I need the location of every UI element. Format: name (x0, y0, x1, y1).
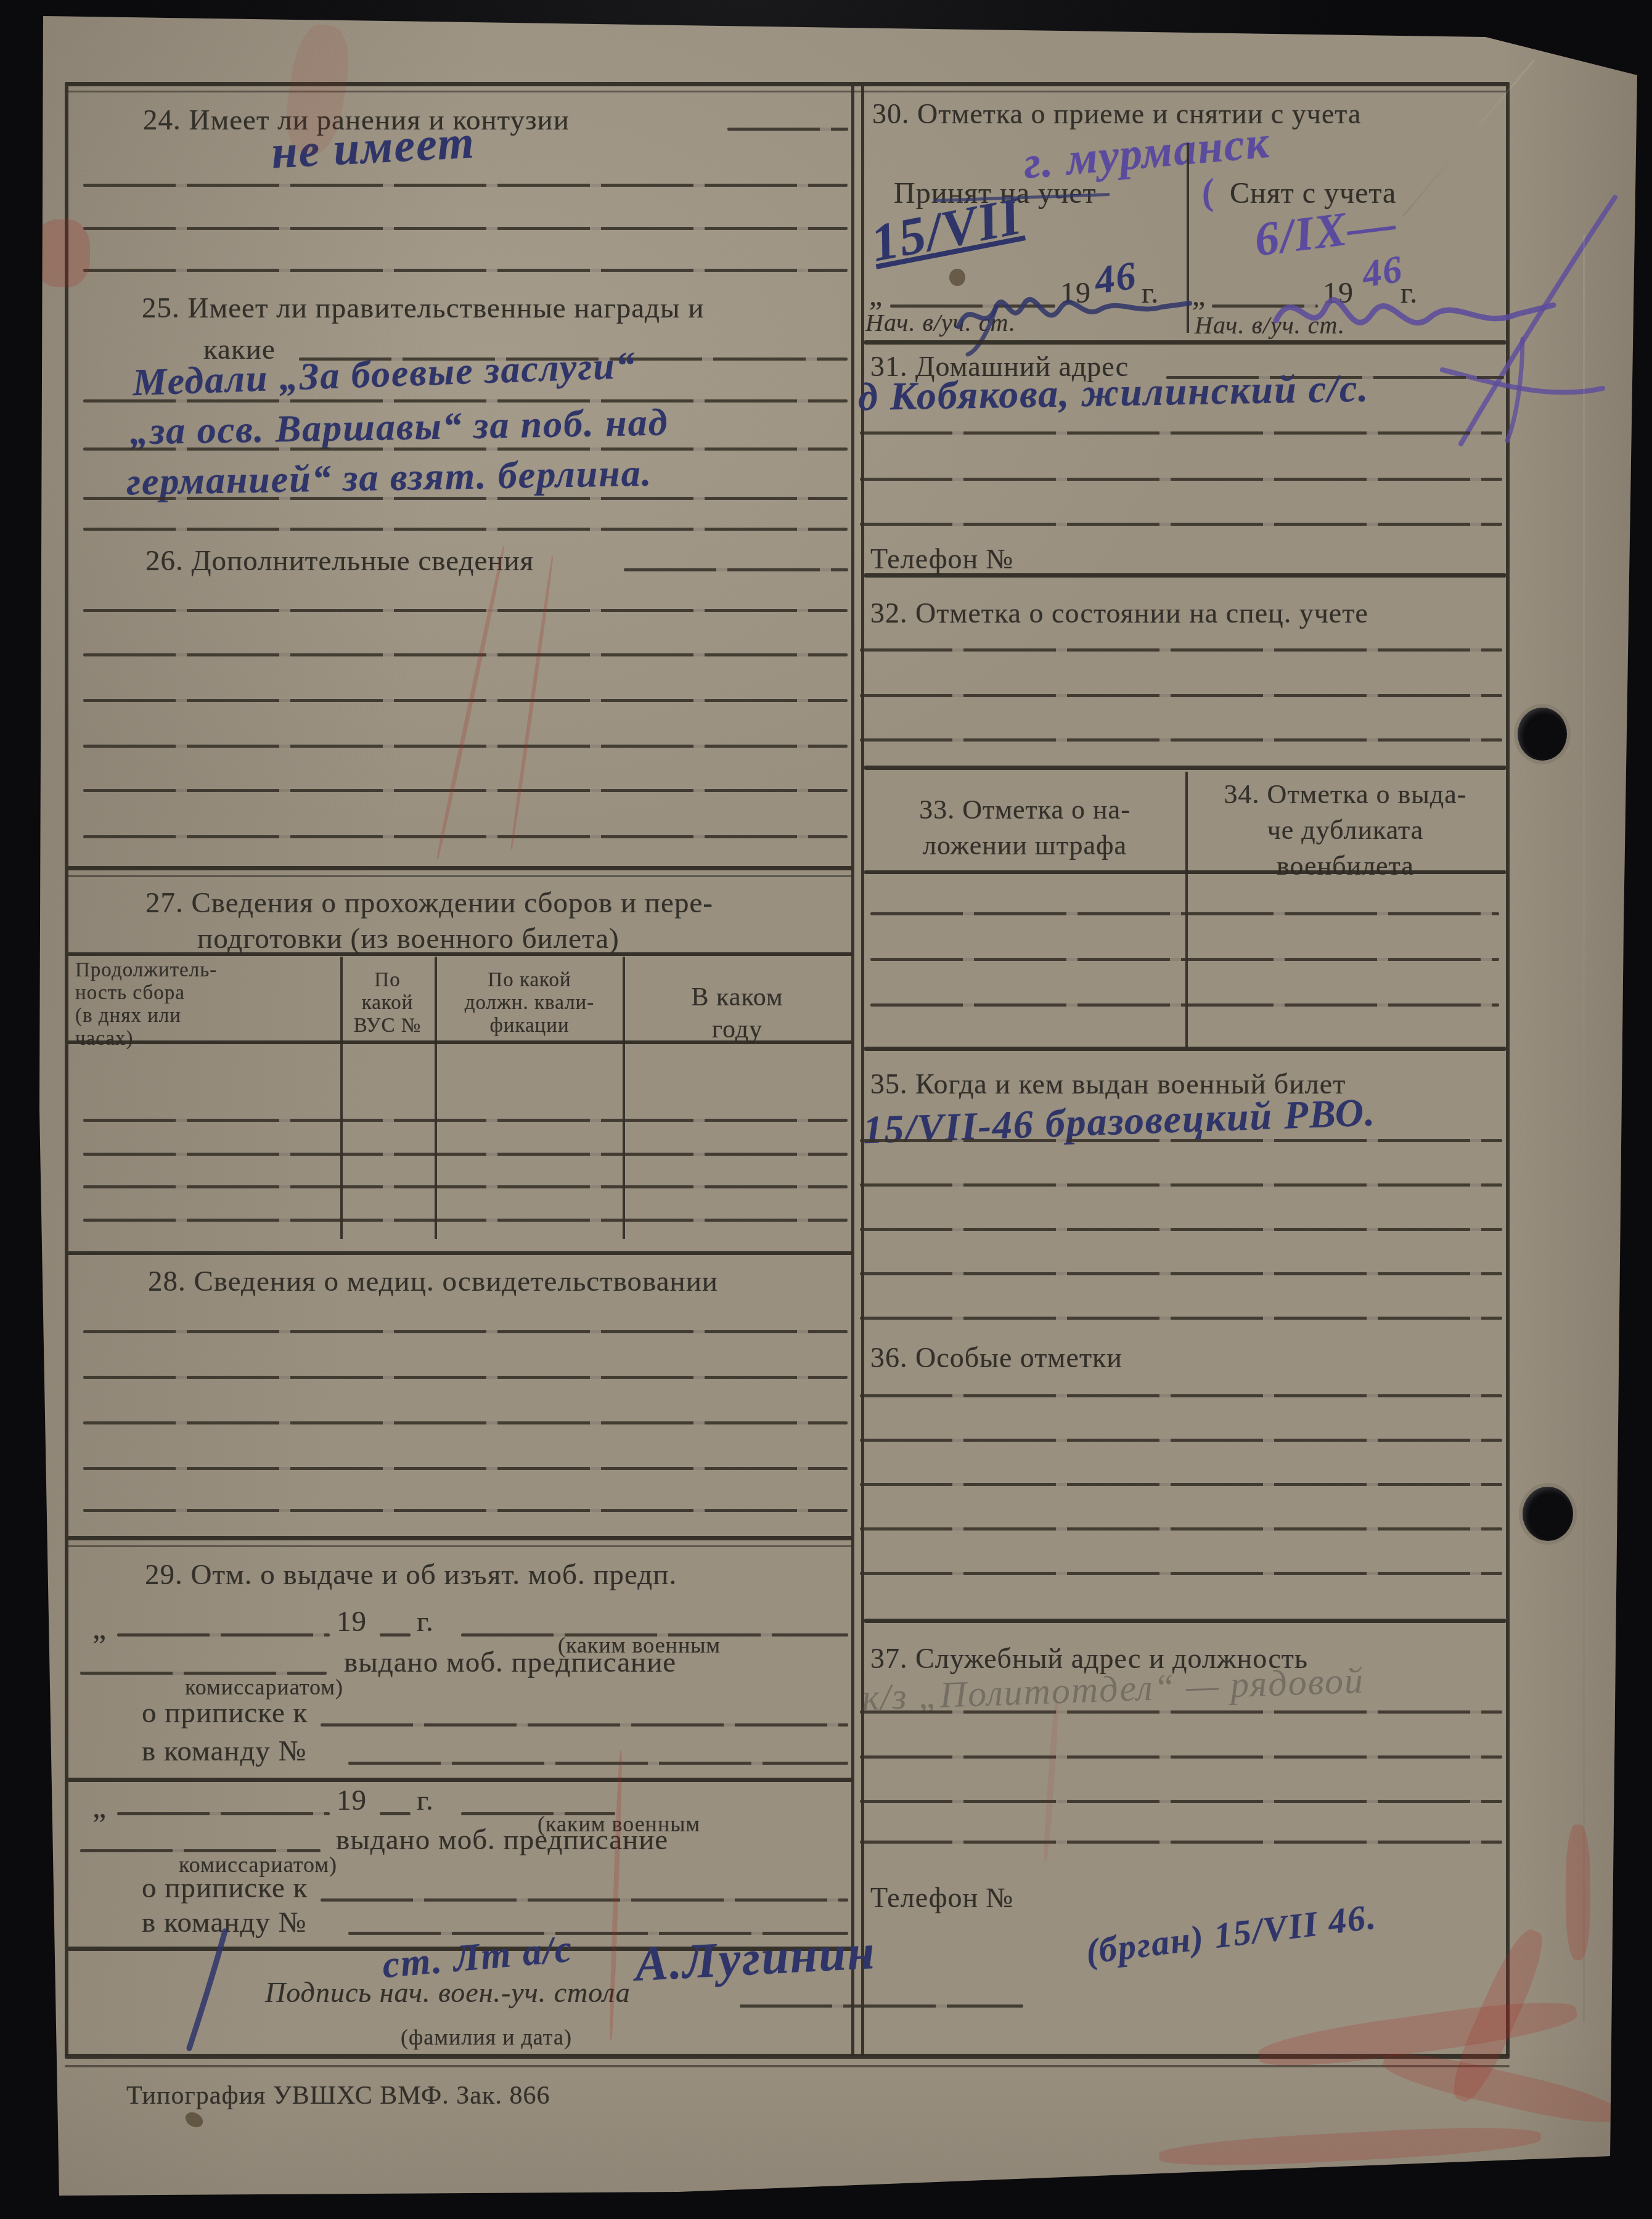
rule (380, 1812, 411, 1815)
quote-mark: „ (1192, 279, 1206, 313)
rule (860, 1572, 1502, 1575)
section-separator (864, 1047, 1506, 1051)
attach-label: о приписке к (142, 1696, 308, 1730)
table-row-rule (870, 912, 1499, 915)
rule (83, 399, 848, 403)
rule (860, 738, 1502, 742)
rule (83, 497, 848, 500)
table-27-header-rule (68, 1040, 852, 1044)
rule (83, 653, 848, 656)
frame-top-2 (65, 91, 1510, 92)
rule (860, 1183, 1502, 1187)
signature-date-handwritten: (брган) 15/VII 46. (1084, 1895, 1379, 1972)
section-separator (864, 573, 1506, 578)
rule (380, 1633, 411, 1637)
field-29-label: 29. Отм. о выдаче и об изъят. моб. предп… (145, 1558, 677, 1592)
frame-top (65, 82, 1510, 86)
document-paper: 24. Имеет ли ранения и контузии не имеет… (0, 0, 1652, 2219)
quote-mark: „ (92, 1610, 107, 1646)
rule (860, 1710, 1502, 1714)
team-label: в команду № (142, 1735, 306, 1768)
frame-left (65, 86, 68, 2056)
year-print: 19 (337, 1784, 367, 1817)
table-27-header-qualification: По какой должн. квали- фикации (439, 969, 620, 1037)
rule (860, 648, 1502, 652)
rule (860, 1394, 1502, 1397)
rule (860, 1317, 1502, 1320)
table-27-bottom-rule (68, 1251, 852, 1255)
table-27-divider (435, 957, 437, 1239)
table-27-divider (340, 957, 343, 1239)
table-27-header-year: В каком году (626, 981, 848, 1045)
rule (740, 2004, 1023, 2008)
rule (83, 745, 848, 748)
section-separator (68, 1536, 852, 1540)
rule (860, 1439, 1502, 1442)
table-27-divider (623, 957, 625, 1239)
year-print: 19 (337, 1605, 367, 1638)
red-pencil-mark (1042, 1701, 1060, 1861)
red-pencil-mark (435, 546, 506, 860)
field-34-label: 34. Отметка о выда- че дубликата военбил… (1196, 777, 1495, 884)
paper-stain (949, 269, 965, 286)
section-separator (68, 1778, 852, 1782)
field-37-phone-label: Телефон № (870, 1881, 1014, 1914)
red-pencil-mark (1566, 1825, 1590, 1960)
rule (321, 1898, 848, 1902)
rule (860, 1800, 1502, 1803)
field-25-label: 25. Имеет ли правительственные награды и (142, 292, 704, 325)
rule (83, 184, 848, 187)
rule (83, 269, 848, 272)
paper-stain (183, 2109, 206, 2130)
rule (83, 1421, 848, 1424)
rule (83, 528, 848, 531)
field-36-label: 36. Особые отметки (870, 1341, 1122, 1374)
rule (83, 1509, 848, 1512)
rule (83, 227, 848, 230)
table-row-rule (83, 1219, 848, 1222)
section-separator (68, 866, 852, 870)
accepted-date-handwritten: 15/VII (866, 184, 1027, 274)
year-suffix: г. (417, 1784, 434, 1817)
section-separator (864, 340, 1506, 345)
print-shop-imprint: Типография УВШХС ВМФ. Зак. 866 (126, 2081, 550, 2111)
red-pencil-mark (35, 219, 90, 287)
table-27-header-vus: По какой ВУС № (343, 969, 432, 1037)
rule (83, 609, 848, 612)
hole-punch (1518, 708, 1567, 761)
red-pencil-mark (510, 556, 555, 849)
section-separator (68, 875, 852, 877)
signature-accepted (952, 271, 1199, 358)
field-31-handwritten-address: д Кобякова, жилинский с/с. (857, 366, 1369, 420)
field-32-label: 32. Отметка о состоянии на спец. учете (870, 597, 1368, 629)
rule (83, 789, 848, 792)
rule (860, 478, 1502, 481)
table-row-rule (870, 1003, 1499, 1007)
table-top-rule (68, 952, 852, 956)
table-row-rule (83, 1185, 848, 1188)
table-row-rule (83, 1153, 848, 1156)
rule (117, 1633, 330, 1637)
column-divider (851, 86, 854, 2056)
hole-punch (1523, 1487, 1573, 1541)
rule (860, 694, 1502, 697)
issued-label: выдано моб. предписание (344, 1646, 676, 1679)
rule (83, 1467, 848, 1470)
rule (860, 431, 1502, 435)
rule (83, 835, 848, 838)
rule (860, 1483, 1502, 1486)
rule (83, 447, 848, 451)
rule (860, 1527, 1502, 1530)
field-25-handwritten-2: „за осв. Варшавы“ за поб. над (129, 401, 669, 454)
quote-mark: „ (869, 279, 883, 313)
rule (83, 1330, 848, 1333)
field-31-phone-label: Телефон № (870, 542, 1014, 575)
field-27-label1: 27. Сведения о прохождении сборов и пере… (145, 886, 713, 920)
section-separator (864, 766, 1506, 770)
red-pencil-mark (1158, 2123, 1542, 2170)
field-30-label: 30. Отметка о приеме и снятии с учета (872, 97, 1361, 130)
field-28-label: 28. Сведения о медиц. освидетельствовани… (148, 1265, 718, 1298)
rule (860, 1841, 1502, 1844)
signature-name-handwritten: А.Лугинин (634, 1924, 877, 1993)
rule (860, 1228, 1502, 1231)
rule (83, 1376, 848, 1379)
rule (860, 1272, 1502, 1275)
rule (321, 1723, 848, 1727)
rule (83, 699, 848, 702)
rule (348, 1762, 848, 1765)
year-suffix: г. (417, 1605, 434, 1638)
table-27-header-duration: Продолжитель- ность сбора (в днях или ча… (75, 959, 334, 1050)
quote-mark: „ (92, 1789, 107, 1825)
paper-crease (1583, 234, 1585, 2022)
table-row-rule (83, 1119, 848, 1122)
rule (860, 523, 1502, 526)
rule (727, 128, 848, 131)
rule (860, 1139, 1502, 1142)
section-separator (68, 1545, 852, 1547)
table-row-rule (870, 958, 1499, 961)
field-33-label: 33. Отметка о на- ложении штрафа (878, 792, 1171, 864)
rule (117, 1812, 330, 1815)
rule (624, 568, 848, 571)
attach-label: о приписке к (142, 1871, 308, 1905)
field-26-label: 26. Дополнительные сведения (145, 544, 534, 578)
scanned-document: 24. Имеет ли ранения и контузии не имеет… (0, 0, 1652, 2219)
field-27-label2: подготовки (из военного билета) (197, 922, 619, 955)
section-separator (864, 1619, 1506, 1623)
ink-slash-mark (182, 1928, 231, 2051)
removed-bracket-handwritten: ( (1197, 171, 1218, 215)
rule (860, 1755, 1502, 1759)
signature-note: (фамилия и дата) (401, 2024, 572, 2050)
table-33-34-header-rule (864, 870, 1506, 874)
